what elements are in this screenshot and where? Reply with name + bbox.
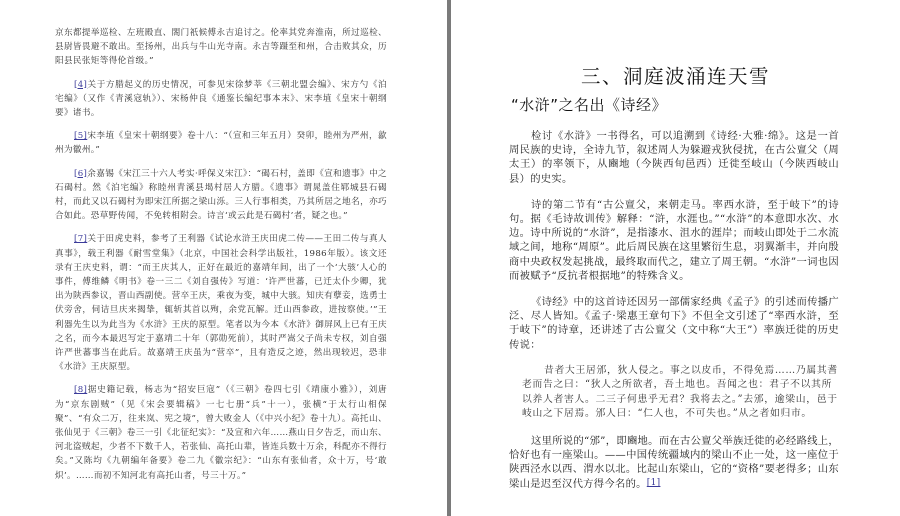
footnote-continuation: 京东都提举巡检、左班殿直、閤门祇候傅永吉追讨之。伦率其党奔淮南，所过巡检、县尉皆… [55,26,387,69]
paragraph-text: 这里所说的“邠”，即豳地。而在古公亶父举族迁徙的必经路线上，恰好也有一座梁山。—… [509,435,839,491]
body-paragraph: 这里所说的“邠”，即豳地。而在古公亶父举族迁徙的必经路线上，恰好也有一座梁山。—… [509,434,839,492]
footnote-link-6[interactable]: [6] [74,169,87,179]
footnotes-section: 京东都提举巡检、左班殿直、閤门祇候傅永吉追讨之。伦率其党奔淮南，所过巡检、县尉皆… [55,26,387,492]
footnote-text: 余嘉锡《宋江三十六人考实·呼保义宋江》：“碣石村，盖即《宣和遗事》中之石碣村。然… [55,169,387,222]
footnote-link-5[interactable]: [5] [74,131,87,141]
footnote-text: 关于方腊起义的历史情况，可参见宋徐梦莘《三朝北盟会编》、宋方勺《泊宅编》（又作《… [55,80,387,118]
block-quote: 昔者大王居邠，狄人侵之。事之以皮币，不得免焉……乃属其耆老而告之曰：“狄人之所欲… [522,364,839,422]
footnote-8: [8]据史籍记载，杨志为“招安巨寇”（《三朝》卷四七引《靖康小雅》），刘唐为“京… [55,383,387,482]
footnote-text: 京东都提举巡检、左班殿直、閤门祇候傅永吉追讨之。伦率其党奔淮南，所过巡检、县尉皆… [55,28,387,66]
body-paragraph: 检讨《水浒》一书得名，可以追溯到《诗经·大雅·绵》。这是一首周民族的史诗，全诗九… [509,129,839,186]
footnote-5: [5]宋李埴《皇宋十朝纲要》卷十八：“（宣和三年五月）癸卯，睦州为严州，歙州为徽… [55,129,387,157]
footnote-text: 据史籍记载，杨志为“招安巨寇”（《三朝》卷四七引《靖康小雅》），刘唐为“京东剧贼… [55,385,387,480]
footnote-link-8[interactable]: [8] [74,385,87,395]
body-paragraph: 诗的第二节有“古公亶父，来朝走马。率西水浒，至于岐下”的诗句。据《毛诗故训传》解… [509,198,839,283]
body-text: 检讨《水浒》一书得名，可以追溯到《诗经·大雅·绵》。这是一首周民族的史诗，全诗九… [509,129,839,504]
left-page: 京东都提举巡检、左班殿直、閤门祇候傅永吉追讨之。伦率其党奔淮南，所过巡检、县尉皆… [0,0,447,516]
footnote-link-7[interactable]: [7] [74,234,87,244]
right-page: 三、洞庭波涌连天雪 “水浒”之名出《诗经》 检讨《水浒》一书得名，可以追溯到《诗… [451,0,900,516]
footnote-6: [6]余嘉锡《宋江三十六人考实·呼保义宋江》：“碣石村，盖即《宣和遗事》中之石碣… [55,167,387,224]
body-paragraph: 《诗经》中的这首诗还因另一部儒家经典《孟子》的引述而传播广泛、尽人皆知。《孟子·… [509,295,839,352]
footnote-7: [7]关于田虎史料，参考了王利器《试论水浒王庆田虎二传——王田二传与真人真事》，… [55,232,387,374]
chapter-title: 三、洞庭波涌连天雪 [451,61,900,89]
footnote-text: 宋李埴《皇宋十朝纲要》卷十八：“（宣和三年五月）癸卯，睦州为严州，歙州为徽州。” [55,131,387,155]
footnote-ref-1[interactable]: [1] [647,478,661,488]
section-title: “水浒”之名出《诗经》 [511,94,667,115]
footnote-4: [4]关于方腊起义的历史情况，可参见宋徐梦莘《三朝北盟会编》、宋方勺《泊宅编》（… [55,78,387,121]
footnote-link-4[interactable]: [4] [74,80,87,90]
footnote-text: 关于田虎史料，参考了王利器《试论水浒王庆田虎二传——王田二传与真人真事》，载王利… [55,234,387,372]
